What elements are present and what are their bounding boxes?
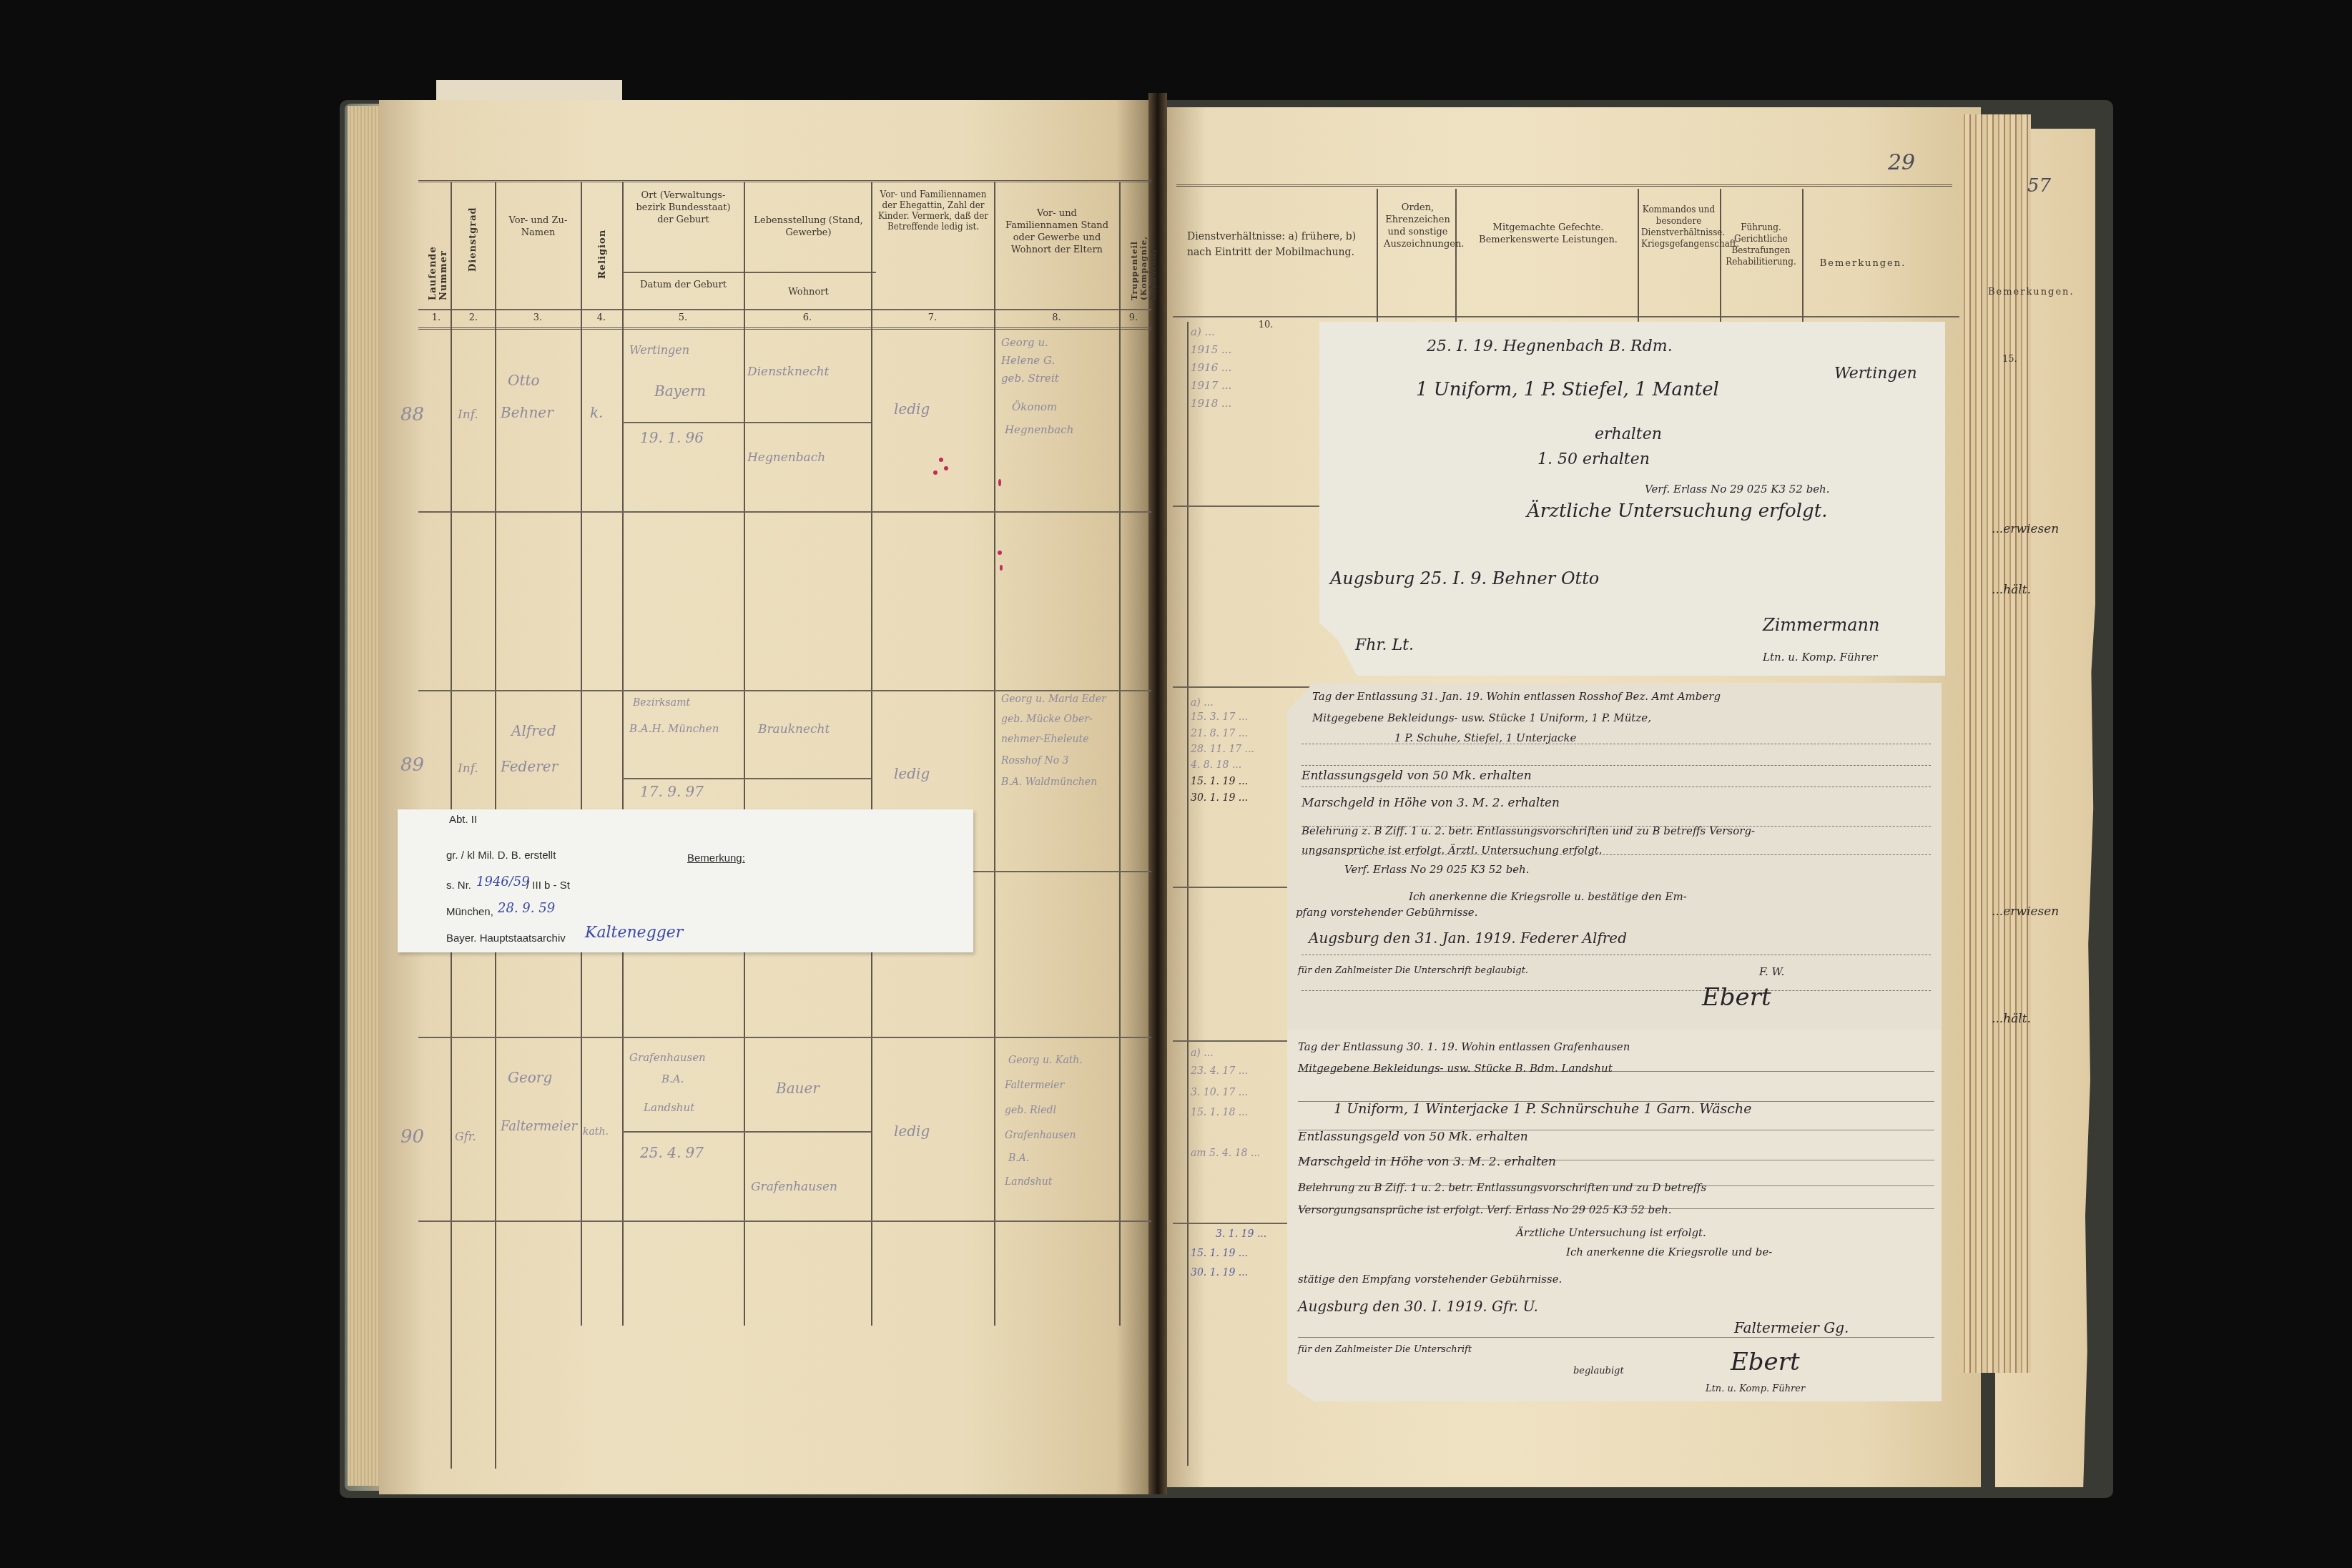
service-entry: a) ... bbox=[1191, 325, 1215, 338]
slip-initials: Fhr. Lt. bbox=[1355, 636, 1414, 654]
row-parents-line: geb. Streit bbox=[1001, 372, 1059, 385]
row-birth-date: 17. 9. 97 bbox=[640, 783, 704, 800]
service-entry: 3. 10. 17 ... bbox=[1191, 1087, 1248, 1098]
underlying-page-number: 57 bbox=[2027, 175, 2051, 197]
slip-line: pfang vorstehender Gebührnisse. bbox=[1296, 906, 1477, 919]
row-first-name: Otto bbox=[508, 372, 540, 389]
red-ink-stain bbox=[944, 466, 948, 470]
service-entry: 15. 3. 17 ... bbox=[1191, 711, 1248, 723]
row-religion: kath. bbox=[583, 1126, 609, 1138]
col-num-9: 9. bbox=[1119, 312, 1148, 323]
row-number: 88 bbox=[400, 404, 424, 425]
page-edges-right bbox=[1959, 114, 2031, 1373]
slip-blue-signature: Ebert bbox=[1731, 1348, 1800, 1376]
col-header-5-sub: Datum der Geburt bbox=[628, 279, 739, 291]
slip-line: F. W. bbox=[1759, 965, 1784, 978]
margin-fragment: ...hält. bbox=[1992, 583, 2031, 597]
service-entry: 1916 ... bbox=[1191, 361, 1231, 374]
slip-line: Ich anerkenne die Kriegsrolle u. bestäti… bbox=[1409, 890, 1687, 903]
col-header-12: Mitgemachte Gefechte. Bemerkenswerte Lei… bbox=[1462, 222, 1634, 246]
col-header-9: Truppenteil (Kompagnie, Eskadron) bbox=[1130, 193, 1158, 300]
row-number: 90 bbox=[400, 1126, 424, 1148]
row-birth-place: Bezirksamt bbox=[633, 697, 690, 709]
col-header-2: Dienstgrad bbox=[468, 200, 478, 272]
service-entry: 30. 1. 19 ... bbox=[1191, 792, 1248, 804]
slip-line: Wertingen bbox=[1834, 365, 1917, 383]
row-parents-line: Georg u. Kath. bbox=[1008, 1055, 1083, 1066]
slip-line: 1 Uniform, 1 P. Stiefel, 1 Mantel bbox=[1416, 379, 1719, 400]
underlying-col-num: 15. bbox=[2002, 354, 2017, 365]
slip-line: Versorgungsansprüche ist erfolgt. Verf. … bbox=[1298, 1203, 1672, 1216]
col-header-6: Lebensstellung (Stand, Gewerbe) bbox=[749, 215, 867, 239]
col-header-10: Dienstverhältnisse: a) frühere, b) nach … bbox=[1187, 229, 1373, 260]
slip-line: Ltn. u. Komp. Führer bbox=[1706, 1384, 1805, 1394]
service-entry: a) ... bbox=[1191, 1047, 1214, 1059]
row-rank: Inf. bbox=[458, 408, 478, 422]
col-header-4: Religion bbox=[597, 215, 608, 279]
red-ink-stain bbox=[933, 470, 938, 475]
col-num-2: 2. bbox=[452, 312, 495, 323]
row-parents-line: B.A. Waldmünchen bbox=[1001, 776, 1097, 788]
archive-city: München, bbox=[446, 906, 493, 918]
slip-line: Ltn. u. Komp. Führer bbox=[1763, 651, 1878, 664]
col-header-5: Ort (Verwaltungs- bezirk Bundesstaat) de… bbox=[628, 189, 739, 226]
col-num-5: 5. bbox=[622, 312, 744, 323]
row-parents-line: Helene G. bbox=[1001, 354, 1055, 367]
book-gutter bbox=[1148, 93, 1167, 1494]
row-marital-status: ledig bbox=[894, 765, 930, 782]
slip-line: Entlassungsgeld von 50 Mk. erhalten bbox=[1302, 769, 1532, 783]
row-last-name: Behner bbox=[501, 404, 553, 421]
slip-line: Augsburg 25. I. 9. Behner Otto bbox=[1330, 568, 1599, 588]
slip-blue-signature: Ebert bbox=[1702, 983, 1771, 1012]
row-parents-line: Ökonom bbox=[1012, 400, 1057, 413]
slip-signature: Faltermeier Gg. bbox=[1734, 1319, 1849, 1336]
service-entry: 1917 ... bbox=[1191, 379, 1231, 392]
col-header-15: Bemerkungen. bbox=[1806, 257, 1920, 270]
row-rank: Gfr. bbox=[455, 1130, 476, 1143]
service-entry: 15. 1. 19 ... bbox=[1191, 776, 1248, 787]
col-header-3: Vor- und Zu- Namen bbox=[501, 215, 576, 239]
row-parents-line: B.A. bbox=[1008, 1153, 1029, 1164]
slip-line: Entlassungsgeld von 50 Mk. erhalten bbox=[1298, 1130, 1528, 1144]
row-marital-status: ledig bbox=[894, 1123, 930, 1140]
col-header-13: Kommandos und besondere Dienstverhältnis… bbox=[1641, 204, 1716, 250]
col-num-3: 3. bbox=[495, 312, 581, 323]
row-parents-line: Faltermeier bbox=[1005, 1080, 1064, 1091]
row-birth-place: B.A. bbox=[661, 1073, 684, 1085]
slip-line: stätige den Empfang vorstehender Gebührn… bbox=[1298, 1273, 1562, 1286]
row-residence: Grafenhausen bbox=[751, 1180, 837, 1194]
archive-number-suffix: / III b - St bbox=[526, 879, 570, 892]
col-header-1: Laufende Nummer bbox=[428, 193, 449, 300]
margin-fragment: ...erwiesen bbox=[1992, 522, 2059, 536]
row-birth-date: 25. 4. 97 bbox=[640, 1144, 704, 1161]
slip-line: Marschgeld in Höhe von 3. M. 2. erhalten bbox=[1298, 1155, 1556, 1169]
row-first-name: Georg bbox=[508, 1069, 552, 1086]
row-parents-line: Georg u. Maria Eder bbox=[1001, 694, 1106, 705]
discharge-slip-behner: 25. I. 19. Hegnenbach B. Rdm. Wertingen … bbox=[1319, 322, 1945, 676]
col-header-14: Führung. Gerichtliche Bestrafungen Rehab… bbox=[1723, 222, 1799, 267]
col-header-8: Vor- und Familiennamen Stand oder Gewerb… bbox=[1000, 207, 1114, 256]
service-entry: 15. 1. 19 ... bbox=[1191, 1248, 1248, 1259]
archive-institution: Bayer. Hauptstaatsarchiv bbox=[446, 932, 566, 945]
row-first-name: Alfred bbox=[511, 722, 556, 739]
discharge-slip-faltermeier: Tag der Entlassung 30. 1. 19. Wohin entl… bbox=[1287, 1030, 1942, 1401]
row-occupation: Bauer bbox=[776, 1080, 820, 1097]
row-birth-state: B.A.H. München bbox=[629, 722, 719, 735]
service-entry: 4. 8. 18 ... bbox=[1191, 759, 1241, 771]
row-parents-line: Hegnenbach bbox=[1005, 423, 1073, 436]
row-last-name: Federer bbox=[501, 758, 558, 775]
red-ink-stain bbox=[939, 458, 943, 462]
service-entry: 23. 4. 17 ... bbox=[1191, 1065, 1248, 1077]
row-parents-line: nehmer-Eheleute bbox=[1001, 734, 1089, 745]
service-entry: am 5. 4. 18 ... bbox=[1191, 1148, 1260, 1159]
slip-line: Mitgegebene Bekleidungs- usw. Stücke 1 U… bbox=[1312, 711, 1651, 724]
col-header-7: Vor- und Familiennamen der Ehegattin, Za… bbox=[876, 189, 990, 232]
row-marital-status: ledig bbox=[894, 400, 930, 418]
slip-line: Augsburg den 31. Jan. 1919. Federer Alfr… bbox=[1309, 930, 1627, 947]
slip-line: Belehrung z. B Ziff. 1 u. 2. betr. Entla… bbox=[1302, 824, 1755, 837]
archive-label-slip: Abt. II gr. / kl Mil. D. B. erstellt Bem… bbox=[398, 809, 973, 952]
slip-line: Augsburg den 30. I. 1919. Gfr. U. bbox=[1298, 1298, 1538, 1315]
slip-line: Verf. Erlass No 29 025 K3 52 beh. bbox=[1344, 863, 1530, 876]
service-entry: 28. 11. 17 ... bbox=[1191, 744, 1254, 755]
service-entry: 1915 ... bbox=[1191, 343, 1231, 356]
col-num-7: 7. bbox=[871, 312, 994, 323]
margin-fragment: ...erwiesen bbox=[1992, 904, 2059, 919]
col-header-11: Orden, Ehrenzeichen und sonstige Auszeic… bbox=[1384, 202, 1452, 250]
discharge-slip-federer: Tag der Entlassung 31. Jan. 19. Wohin en… bbox=[1287, 683, 1942, 1033]
row-number: 89 bbox=[400, 754, 424, 776]
row-birth-date: 19. 1. 96 bbox=[640, 429, 704, 446]
row-parents-line: Landshut bbox=[1005, 1176, 1052, 1188]
archive-dept: Abt. II bbox=[449, 814, 477, 826]
row-birth-state: Bayern bbox=[654, 383, 706, 400]
service-entry: 15. 1. 18 ... bbox=[1191, 1107, 1248, 1118]
row-parents-line: Rosshof No 3 bbox=[1001, 755, 1068, 766]
red-ink-stain bbox=[998, 551, 1002, 555]
col-num-4: 4. bbox=[581, 312, 622, 323]
archive-signature: Kaltenegger bbox=[585, 924, 683, 942]
slip-line: 1 Uniform, 1 Winterjacke 1 P. Schnürschu… bbox=[1334, 1101, 1751, 1117]
row-parents-line: Georg u. bbox=[1001, 336, 1048, 349]
service-entry: 3. 1. 19 ... bbox=[1216, 1228, 1266, 1240]
col-num-1: 1. bbox=[422, 312, 451, 323]
margin-fragment: ...hält. bbox=[1992, 1012, 2031, 1026]
red-ink-stain bbox=[998, 479, 1001, 486]
slip-line: Ärztliche Untersuchung ist erfolgt. bbox=[1516, 1226, 1706, 1239]
row-occupation: Brauknecht bbox=[758, 722, 830, 736]
red-ink-stain bbox=[1000, 565, 1003, 571]
slip-line: erhalten bbox=[1595, 425, 1662, 443]
archive-number-value: 1946/59 bbox=[476, 874, 530, 889]
col-header-6-sub: Wohnort bbox=[749, 286, 867, 298]
service-entry: 1918 ... bbox=[1191, 397, 1231, 410]
row-religion: k. bbox=[590, 404, 603, 421]
slip-line: Ärztliche Untersuchung erfolgt. bbox=[1527, 501, 1827, 522]
archive-remark-label: Bemerkung: bbox=[687, 852, 745, 864]
row-parents-line: Grafenhausen bbox=[1005, 1130, 1076, 1141]
slip-line: ungsansprüche ist erfolgt. Ärztl. Unters… bbox=[1302, 844, 1603, 857]
col-num-10: 10. bbox=[1244, 320, 1287, 330]
service-entry: 30. 1. 19 ... bbox=[1191, 1267, 1248, 1278]
slip-line: Ich anerkenne die Kriegsrolle und be- bbox=[1566, 1246, 1772, 1258]
slip-line: für den Zahlmeister Die Unterschrift bbox=[1298, 1344, 1472, 1355]
slip-line: beglaubigt bbox=[1573, 1366, 1624, 1376]
row-parents-line: geb. Riedl bbox=[1005, 1105, 1056, 1116]
slip-line: Verf. Erlass No 29 025 K3 52 beh. bbox=[1645, 483, 1830, 495]
row-parents-line: geb. Mücke Ober- bbox=[1001, 714, 1093, 725]
row-birth-place: Grafenhausen bbox=[629, 1051, 706, 1064]
slip-line: 1 P. Schuhe, Stiefel, 1 Unterjacke bbox=[1394, 731, 1576, 744]
slip-line: Tag der Entlassung 30. 1. 19. Wohin entl… bbox=[1298, 1040, 1630, 1053]
slip-line: für den Zahlmeister Die Unterschrift beg… bbox=[1298, 965, 1528, 976]
slip-line: 1. 50 erhalten bbox=[1537, 450, 1650, 468]
row-last-name: Faltermeier bbox=[501, 1119, 577, 1134]
slip-line: Belehrung zu B Ziff. 1 u. 2. betr. Entla… bbox=[1298, 1181, 1706, 1194]
col-num-8: 8. bbox=[994, 312, 1119, 323]
slip-line: Tag der Entlassung 31. Jan. 19. Wohin en… bbox=[1312, 690, 1721, 703]
row-birth-place: Wertingen bbox=[629, 343, 689, 357]
slip-line: Mitgegebene Bekleidungs- usw. Stücke B. … bbox=[1298, 1062, 1613, 1075]
slip-line: Marschgeld in Höhe von 3. M. 2. erhalten bbox=[1302, 796, 1560, 810]
row-residence: Hegnenbach bbox=[747, 450, 825, 465]
underlying-col-header: Bemerkungen. bbox=[1988, 286, 2075, 298]
slip-signature: Zimmermann bbox=[1763, 615, 1880, 635]
row-rank: Inf. bbox=[458, 761, 478, 776]
service-entry: 21. 8. 17 ... bbox=[1191, 728, 1248, 739]
slip-line: 25. I. 19. Hegnenbach B. Rdm. bbox=[1427, 337, 1673, 355]
col-num-6: 6. bbox=[744, 312, 871, 323]
archive-line-created: gr. / kl Mil. D. B. erstellt bbox=[446, 849, 556, 862]
service-entry: a) ... bbox=[1191, 697, 1214, 709]
row-occupation: Dienstknecht bbox=[747, 365, 829, 379]
row-birth-state: Landshut bbox=[644, 1101, 694, 1114]
archive-number-prefix: s. Nr. bbox=[446, 879, 471, 892]
page-number: 29 bbox=[1888, 150, 1915, 175]
archive-date: 28. 9. 59 bbox=[498, 901, 555, 916]
